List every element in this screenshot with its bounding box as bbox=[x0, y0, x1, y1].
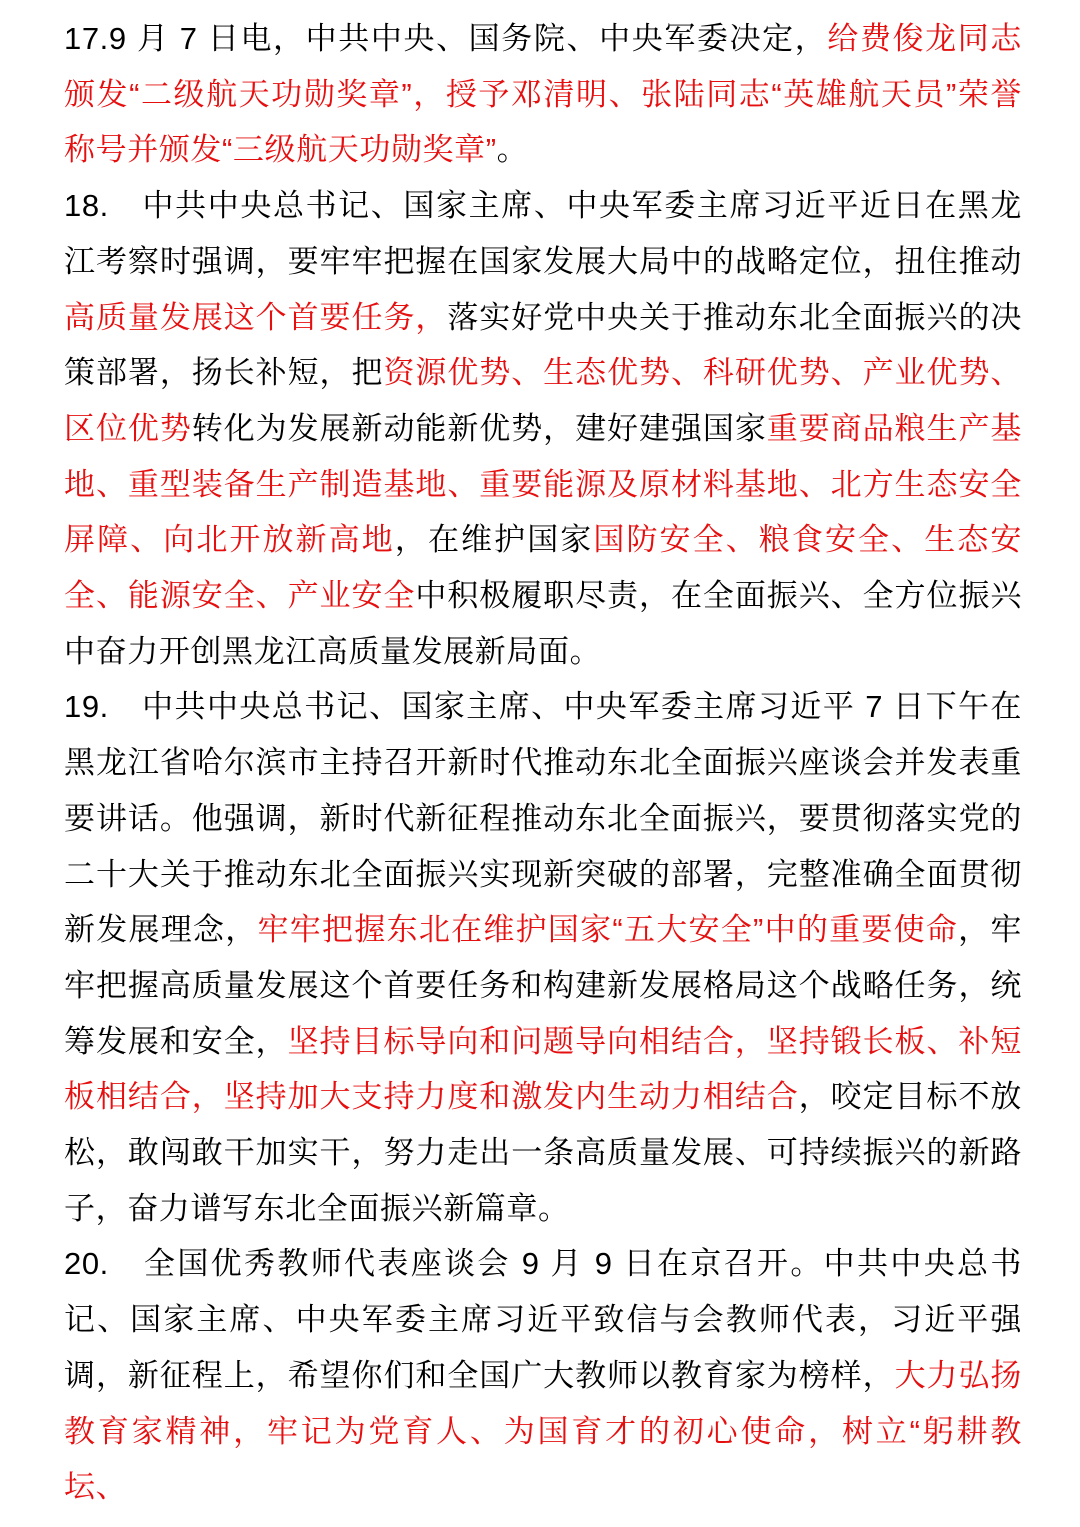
text-segment-black: 18. 中共中央总书记、国家主席、中央军委主席习近平近日在黑龙江考察时强调，要牢… bbox=[64, 188, 1022, 279]
news-list: 17.9 月 7 日电，中共中央、国务院、中央军委决定，给费俊龙同志颁发“二级航… bbox=[64, 11, 1022, 1515]
news-item-17: 17.9 月 7 日电，中共中央、国务院、中央军委决定，给费俊龙同志颁发“二级航… bbox=[64, 11, 1022, 178]
news-item-18: 18. 中共中央总书记、国家主席、中央军委主席习近平近日在黑龙江考察时强调，要牢… bbox=[64, 178, 1022, 679]
text-segment-black: 。 bbox=[497, 132, 529, 167]
news-item-20: 20. 全国优秀教师代表座谈会 9 月 9 日在京召开。中共中央总书记、国家主席… bbox=[64, 1236, 1022, 1515]
text-segment-black: 20. 全国优秀教师代表座谈会 9 月 9 日在京召开。中共中央总书记、国家主席… bbox=[64, 1246, 1022, 1392]
text-segment-black: ，在维护国家 bbox=[395, 522, 594, 557]
document-page: 17.9 月 7 日电，中共中央、国务院、中央军委决定，给费俊龙同志颁发“二级航… bbox=[0, 0, 1080, 1515]
text-segment-red: 牢牢把握东北在维护国家“五大安全”中的重要使命 bbox=[258, 912, 959, 947]
text-segment-black: 17.9 月 7 日电，中共中央、国务院、中央军委决定， bbox=[64, 21, 827, 56]
text-segment-red: 高质量发展这个首要任务， bbox=[64, 300, 447, 335]
news-item-19: 19. 中共中央总书记、国家主席、中央军委主席习近平 7 日下午在黑龙江省哈尔滨… bbox=[64, 679, 1022, 1236]
text-segment-black: 转化为发展新动能新优势，建好建强国家 bbox=[192, 411, 767, 446]
text-segment-black: 19. 中共中央总书记、国家主席、中央军委主席习近平 7 日下午在黑龙江省哈尔滨… bbox=[64, 689, 1022, 947]
